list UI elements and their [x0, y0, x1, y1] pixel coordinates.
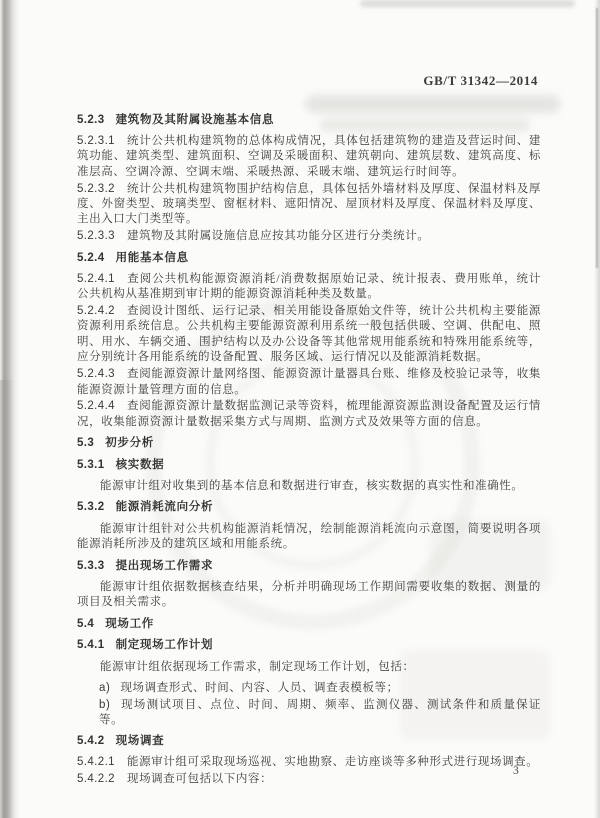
heading-text: 核实数据: [116, 459, 165, 471]
clause-paragraph: 5.2.3.2统计公共机构建筑物围护结构信息，具体包括外墙材料及厚度、保温材料及…: [77, 182, 541, 228]
page-number: 3: [513, 765, 519, 777]
clause-number: 5.4.2.2: [77, 773, 115, 785]
section-heading: 5.2.3建筑物及其附属设施基本信息: [77, 113, 541, 128]
document-body: 5.2.3建筑物及其附属设施基本信息5.2.3.1统计公共机构建筑物的总体构成情…: [77, 107, 541, 789]
document-number-header: GB/T 31342—2014: [423, 73, 538, 89]
clause-number: 5.2.3.3: [77, 230, 115, 242]
clause-number: 5.3: [77, 437, 94, 449]
section-heading: 5.4.1制定现场工作计划: [77, 638, 541, 653]
clause-number: 5.3.3: [77, 560, 105, 572]
clause-text: 能源审计组可采取现场巡视、实地勘察、走访座谈等多种形式进行现场调查。: [127, 756, 538, 768]
clause-text: 统计公共机构建筑物的总体构成情况，具体包括建筑物的建造及营运时间、建筑功能、建筑…: [77, 135, 541, 178]
section-heading: 5.3.2能源消耗流向分析: [77, 500, 541, 515]
clause-paragraph: 5.2.4.4查阅能源资源计量数据监测记录等资料，梳理能源资源监测设备配置及运行…: [77, 399, 541, 430]
clause-paragraph: 5.2.4.1查阅公共机构能源资源消耗/消费数据原始记录、统计报表、费用账单，统…: [77, 272, 541, 303]
paragraph-text: 能源审计组对收集到的基本信息和数据进行审查，核实数据的真实性和准确性。: [100, 480, 524, 492]
scan-edge-left-lower-shadow: [0, 380, 16, 818]
clause-number: 5.4.2: [77, 735, 105, 747]
section-heading: 5.4.2现场调查: [77, 734, 541, 749]
paragraph-text: 能源审计组依据数据核查结果，分析并明确现场工作期间需要收集的数据、测量的项目及相…: [77, 581, 541, 608]
clause-text: 统计公共机构建筑物围护结构信息，具体包括外墙材料及厚度、保温材料及厚度、外窗类型…: [77, 183, 541, 226]
paragraph-text: 能源审计组依据现场工作需求，制定现场工作计划，包括：: [100, 661, 415, 673]
heading-text: 建筑物及其附属设施基本信息: [116, 114, 275, 126]
clause-paragraph: 5.2.4.3查阅能源资源计量网络图、能源资源计量器具台账、维修及校验记录等，收…: [77, 367, 541, 398]
heading-text: 现场工作: [105, 618, 154, 630]
clause-paragraph: 5.4.2.1能源审计组可采取现场巡视、实地勘察、走访座谈等多种形式进行现场调查…: [77, 755, 541, 770]
clause-text: 查阅能源资源计量数据监测记录等资料，梳理能源资源监测设备配置及运行情况，收集能源…: [77, 400, 541, 427]
clause-number: 5.3.1: [77, 459, 105, 471]
list-item-text: 现场调查形式、时间、内容、人员、调查表模板等；: [120, 682, 398, 694]
clause-text: 建筑物及其附属设施信息应按其功能分区进行分类统计。: [127, 230, 430, 242]
paragraph-text: 能源审计组针对公共机构能源消耗情况，绘制能源消耗流向示意图，简要说明各项能源消耗…: [77, 523, 541, 550]
clause-number: 5.4.1: [77, 639, 105, 651]
heading-text: 能源消耗流向分析: [116, 501, 214, 513]
clause-text: 现场调查可包括以下内容：: [127, 773, 272, 785]
body-paragraph: 能源审计组对收集到的基本信息和数据进行审查，核实数据的真实性和准确性。: [77, 479, 541, 494]
clause-paragraph: 5.2.4.2查阅设计图纸、运行记录、相关用能设备原始文件等，统计公共机构主要能…: [77, 304, 541, 366]
heading-text: 初步分析: [105, 437, 154, 449]
body-paragraph: 能源审计组针对公共机构能源消耗情况，绘制能源消耗流向示意图，简要说明各项能源消耗…: [77, 522, 541, 553]
clause-text: 查阅公共机构能源资源消耗/消费数据原始记录、统计报表、费用账单，统计公共机构从基…: [77, 273, 541, 300]
heading-text: 用能基本信息: [116, 252, 189, 264]
clause-paragraph: 5.2.3.3建筑物及其附属设施信息应按其功能分区进行分类统计。: [77, 229, 541, 244]
clause-number: 5.2.4.3: [77, 368, 115, 380]
section-heading: 5.2.4用能基本信息: [77, 251, 541, 266]
body-paragraph: 能源审计组依据数据核查结果，分析并明确现场工作期间需要收集的数据、测量的项目及相…: [77, 580, 541, 611]
list-item-marker: b): [99, 699, 110, 711]
list-item: b)现场测试项目、点位、时间、周期、频率、监测仪器、测试条件和质量保证等。: [77, 698, 541, 729]
clause-number: 5.3.2: [77, 501, 105, 513]
clause-number: 5.2.4: [77, 252, 105, 264]
clause-number: 5.2.3: [77, 114, 105, 126]
clause-text: 查阅能源资源计量网络图、能源资源计量器具台账、维修及校验记录等，收集能源资源计量…: [77, 368, 541, 395]
body-paragraph: 能源审计组依据现场工作需求，制定现场工作计划，包括：: [77, 660, 541, 675]
section-heading: 5.4现场工作: [77, 617, 541, 632]
section-heading: 5.3.1核实数据: [77, 458, 541, 473]
clause-number: 5.2.4.2: [77, 305, 115, 317]
clause-number: 5.4: [77, 618, 94, 630]
clause-text: 查阅设计图纸、运行记录、相关用能设备原始文件等，统计公共机构主要能源资源利用系统…: [77, 305, 541, 363]
section-heading: 5.3初步分析: [77, 436, 541, 451]
section-heading: 5.3.3提出现场工作需求: [77, 559, 541, 574]
list-item: a)现场调查形式、时间、内容、人员、调查表模板等；: [77, 681, 541, 696]
clause-paragraph: 5.2.3.1统计公共机构建筑物的总体构成情况，具体包括建筑物的建造及营运时间、…: [77, 134, 541, 180]
list-item-text: 现场测试项目、点位、时间、周期、频率、监测仪器、测试条件和质量保证等。: [99, 699, 541, 726]
scan-edge-right-line: [596, 8, 598, 268]
heading-text: 现场调查: [116, 735, 165, 747]
clause-number: 5.2.3.2: [77, 183, 115, 195]
list-item-marker: a): [99, 682, 110, 694]
clause-number: 5.4.2.1: [77, 756, 115, 768]
scanned-page: GB/T 31342—2014 5.2.3建筑物及其附属设施基本信息5.2.3.…: [0, 0, 600, 818]
clause-number: 5.2.4.1: [77, 273, 115, 285]
clause-number: 5.2.4.4: [77, 400, 115, 412]
clause-number: 5.2.3.1: [77, 135, 115, 147]
heading-text: 提出现场工作需求: [116, 560, 214, 572]
clause-paragraph: 5.4.2.2现场调查可包括以下内容：: [77, 772, 541, 787]
scan-edge-top-smudge: [360, 0, 575, 7]
heading-text: 制定现场工作计划: [116, 639, 214, 651]
